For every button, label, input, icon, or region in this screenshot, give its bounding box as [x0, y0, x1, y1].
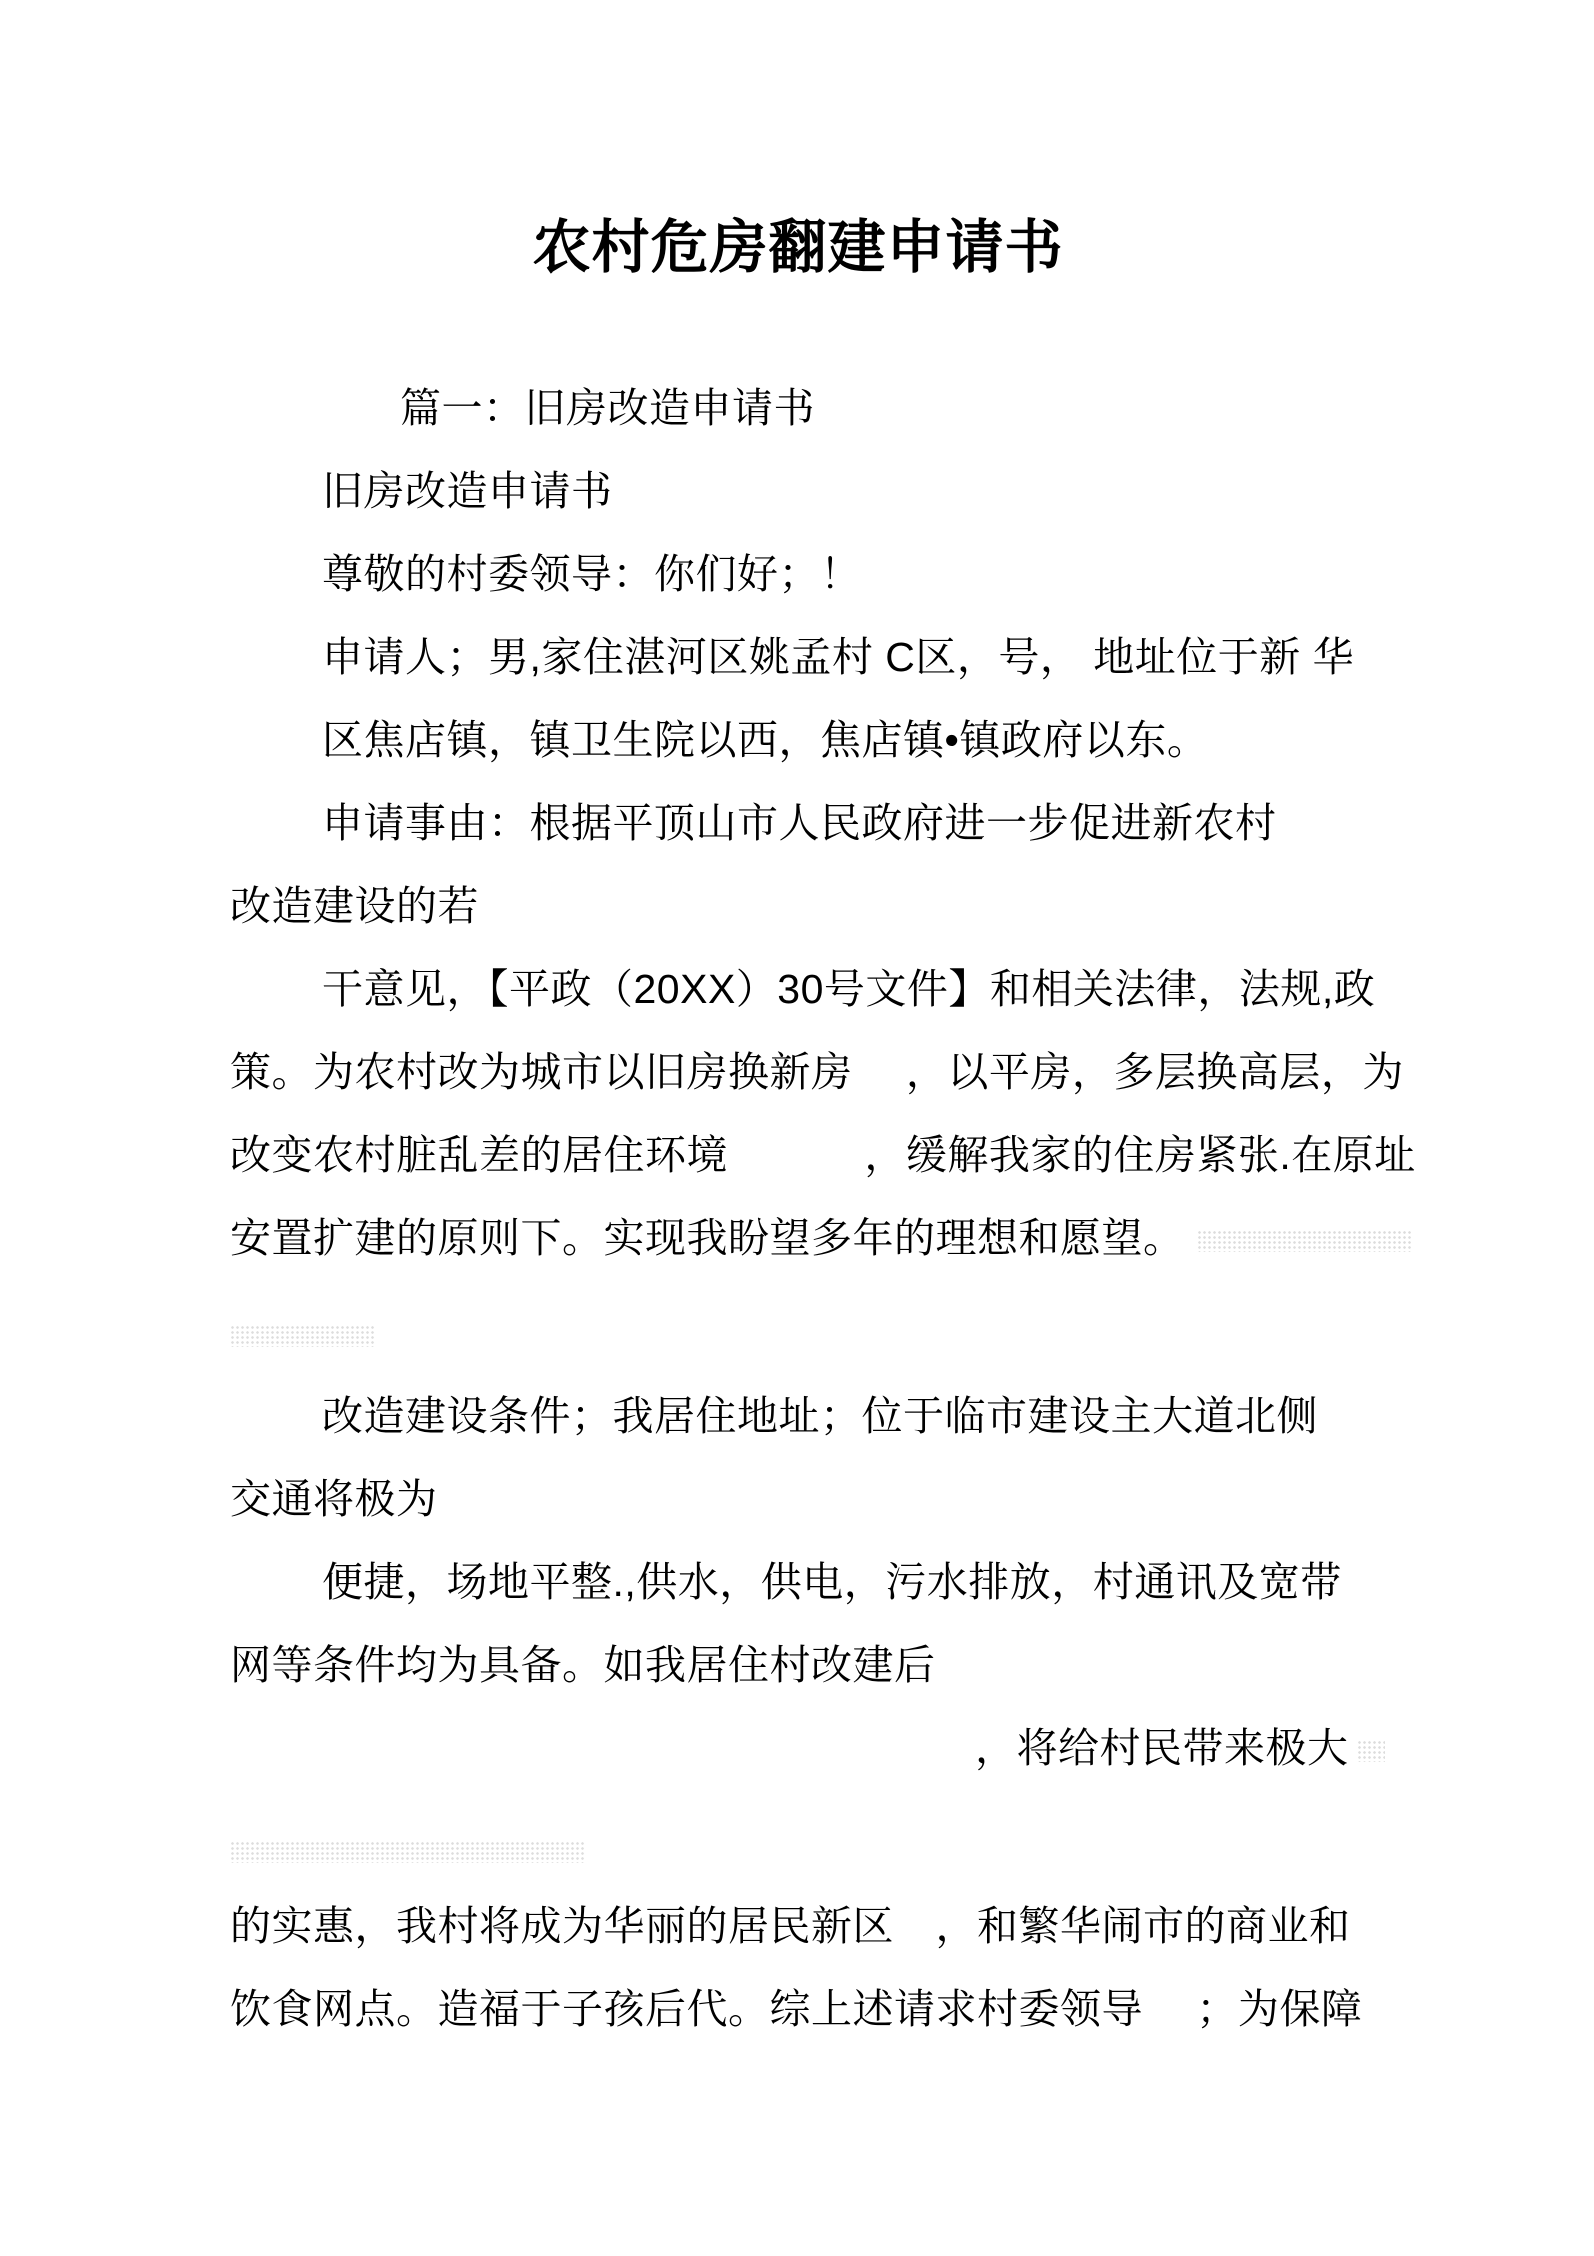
paragraph-line: 的实惠，我村将成为华丽的居民新区 ，和繁华闹市的商业和 — [230, 1885, 1366, 1968]
paragraph-line: 尊敬的村委领导：你们好；！ — [230, 533, 1366, 616]
paragraph-text: ，将给村民带来极大 — [975, 1725, 1349, 1771]
paragraph-line: 交通将极为 — [230, 1458, 1366, 1541]
paragraph-line: 申请人；男,家住湛河区姚孟村 C区，号， 地址位于新 华 — [230, 616, 1366, 699]
paragraph-line: 策。为农村改为城市以旧房换新房 ，以平房，多层换高层，为 — [230, 1031, 1366, 1114]
paragraph-line: 饮食网点。造福于子孩后代。综上述请求村委领导 ；为保障 — [230, 1968, 1366, 2051]
paragraph-line: 篇一：旧房改造申请书 — [230, 367, 1366, 450]
paragraph-text: 安置扩建的原则下。实现我盼望多年的理想和愿望。 — [230, 1215, 1185, 1261]
paragraph-line: 干意见，【平政（20XX）30号文件】和相关法律，法规,政 — [230, 948, 1366, 1031]
faint-watermark-text — [1197, 1230, 1412, 1252]
paragraph-line: 旧房改造申请书 — [230, 450, 1366, 533]
document-title: 农村危房翻建申请书 — [230, 213, 1366, 283]
paragraph-line: 区焦店镇，镇卫生院以西，焦店镇•镇政府以东。 — [230, 699, 1366, 782]
paragraph-line: 网等条件均为具备。如我居住村改建后 — [230, 1624, 1366, 1707]
paragraph-line: 便捷，场地平整.,供水，供电，污水排放，村通讯及宽带 — [230, 1541, 1366, 1624]
watermark-row — [230, 1280, 1366, 1375]
watermark-row — [230, 1790, 1366, 1885]
faint-watermark-text — [230, 1841, 585, 1863]
paragraph-line: ，将给村民带来极大 — [230, 1707, 1366, 1790]
faint-watermark-text — [1357, 1740, 1385, 1762]
paragraph-line: 改造建设的若 — [230, 865, 1366, 948]
faint-watermark-text — [230, 1325, 376, 1347]
paragraph-line: 申请事由：根据平顶山市人民政府进一步促进新农村 — [230, 782, 1366, 865]
paragraph-line: 改造建设条件；我居住地址；位于临市建设主大道北侧 — [230, 1375, 1366, 1458]
paragraph-line: 安置扩建的原则下。实现我盼望多年的理想和愿望。 — [230, 1197, 1366, 1280]
paragraph-line: 改变农村脏乱差的居住环境 ，缓解我家的住房紧张.在原址 — [230, 1114, 1366, 1197]
document-page: 农村危房翻建申请书 篇一：旧房改造申请书 旧房改造申请书 尊敬的村委领导：你们好… — [0, 0, 1594, 2256]
